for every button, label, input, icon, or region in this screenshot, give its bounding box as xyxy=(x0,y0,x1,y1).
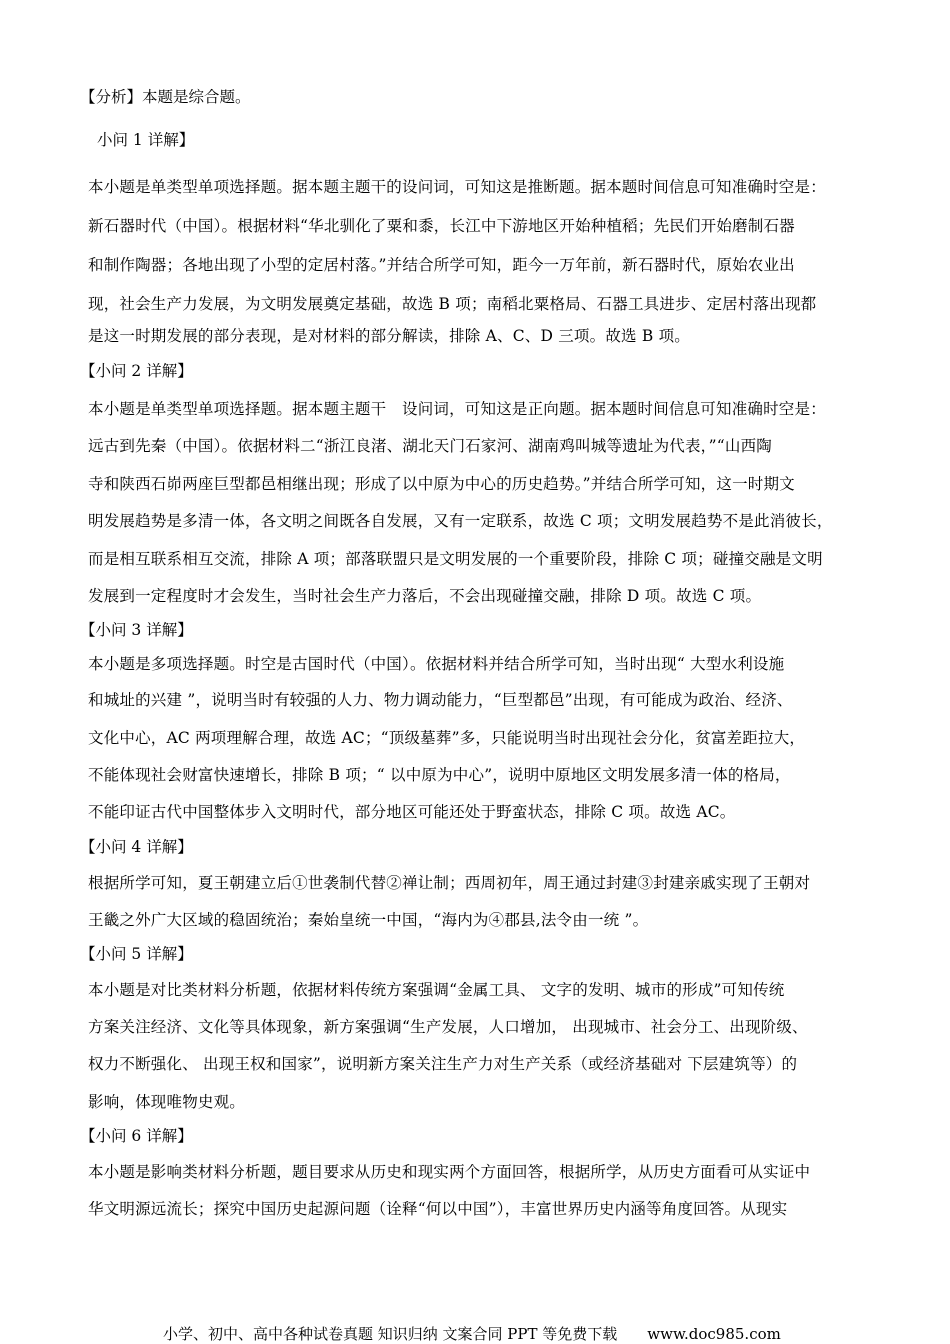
section-1-line: 本小题是单类型单项选择题。据本题主题干的设问词，可知这是推断题。据本题时间信息可… xyxy=(88,177,826,197)
section-5-line: 方案关注经济、文化等具体现象，新方案强调“生产发展，人口增加， 出现城市、社会分… xyxy=(88,1017,808,1037)
section-3-line: 不能体现社会财富快速增长，排除 B 项；“ 以中原为中心”，说明中原地区文明发展… xyxy=(88,765,791,785)
footer-link-text[interactable]: 小学、初中、高中各种试卷真题 知识归纳 文案合同 PPT 等免费下载 www.d… xyxy=(163,1324,781,1344)
section-3-line: 和城址的兴建 ”，说明当时有较强的人力、物力调动能力，“巨型都邑”出现，有可能成… xyxy=(88,690,793,710)
section-2-line: 发展到一定程度时才会发生，当时社会生产力落后，不会出现碰撞交融，排除 D 项。故… xyxy=(88,586,761,606)
section-3-line: 本小题是多项选择题。时空是古国时代（中国）。依据材料并结合所学可知，当时出现“ … xyxy=(88,654,784,674)
section-2-line: 本小题是单类型单项选择题。据本题主题干 设问词，可知这是正向题。据本题时间信息可… xyxy=(88,399,826,419)
section-3-line: 文化中心，AC 两项理解合理，故选 AC；“顶级墓葬”多，只能说明当时出现社会分… xyxy=(88,728,805,748)
section-4-line: 根据所学可知，夏王朝建立后①世袭制代替②禅让制；西周初年，周王通过封建③封建亲戚… xyxy=(88,873,810,893)
section-1-line: 新石器时代（中国）。根据材料“华北驯化了粟和黍，长江中下游地区开始种植稻；先民们… xyxy=(88,216,795,236)
section-2-line: 寺和陕西石峁两座巨型都邑相继出现；形成了以中原为中心的历史趋势。”并结合所学可知… xyxy=(88,474,795,494)
section-2-heading: 【小问 2 详解】 xyxy=(80,361,193,381)
section-5-line: 权力不断强化、 出现王权和国家”，说明新方案关注生产力对生产关系（或经济基础对 … xyxy=(88,1054,797,1074)
section-1-heading: 小问 1 详解】 xyxy=(97,130,194,150)
section-5-heading: 【小问 5 详解】 xyxy=(80,944,193,964)
section-3-line: 不能印证古代中国整体步入文明时代，部分地区可能还处于野蛮状态，排除 C 项。故选… xyxy=(88,802,736,822)
analysis-heading: 【分析】本题是综合题。 xyxy=(80,87,251,107)
section-6-line: 本小题是影响类材料分析题，题目要求从历史和现实两个方面回答，根据所学，从历史方面… xyxy=(88,1162,810,1182)
section-4-heading: 【小问 4 详解】 xyxy=(80,837,193,857)
section-5-line: 影响，体现唯物史观。 xyxy=(88,1092,245,1112)
section-2-line: 而是相互联系相互交流，排除 A 项；部落联盟只是文明发展的一个重要阶段，排除 C… xyxy=(88,549,823,569)
section-1-line: 是这一时期发展的部分表现，是对材料的部分解读，排除 A、C、D 三项。故选 B … xyxy=(88,326,690,346)
section-1-line: 现，社会生产力发展，为文明发展奠定基础，故选 B 项；南稻北粟格局、石器工具进步… xyxy=(88,294,816,314)
section-1-line: 和制作陶器；各地出现了小型的定居村落。”并结合所学可知，距今一万年前，新石器时代… xyxy=(88,255,795,275)
section-3-heading: 【小问 3 详解】 xyxy=(80,620,193,640)
section-6-heading: 【小问 6 详解】 xyxy=(80,1126,193,1146)
section-2-line: 明发展趋势是多清一体，各文明之间既各自发展，又有一定联系，故选 C 项；文明发展… xyxy=(88,511,833,531)
section-5-line: 本小题是对比类材料分析题，依据材料传统方案强调“金属工具、 文字的发明、城市的形… xyxy=(88,980,784,1000)
section-6-line: 华文明源远流长；探究中国历史起源问题（诠释“何以中国”），丰富世界历史内涵等角度… xyxy=(88,1199,787,1219)
section-2-line: 远古到先秦（中国）。依据材料二“浙江良渚、湖北天门石家河、湖南鸡叫城等遗址为代表… xyxy=(88,436,772,456)
section-4-line: 王畿之外广大区域的稳固统治；秦始皇统一中国，“海内为④郡县,法令由一统 ”。 xyxy=(88,910,648,930)
